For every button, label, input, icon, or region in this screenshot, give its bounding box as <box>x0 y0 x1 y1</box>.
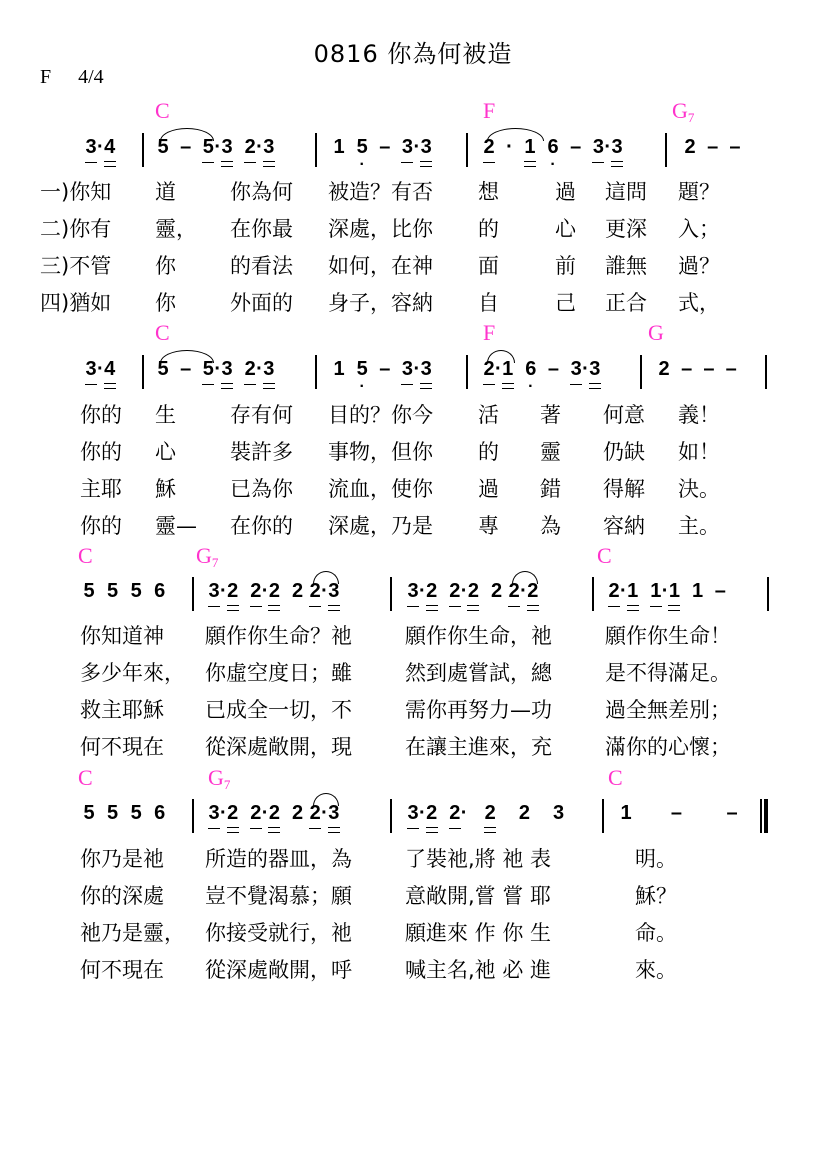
measure: 2·1 1·1 1 – <box>608 580 726 603</box>
chord-g: G <box>648 320 664 346</box>
measure: 1 5 – 3·3 <box>333 136 432 159</box>
barline <box>192 799 194 833</box>
barline <box>390 799 392 833</box>
barline <box>315 355 317 389</box>
music-line-4: 5 5 5 6 <box>83 802 166 825</box>
barline <box>665 133 667 167</box>
measure: 3·2 2·2 2 2·3 <box>208 580 340 603</box>
chord-g7: G7 <box>196 543 218 571</box>
chord-c: C <box>597 543 612 569</box>
chord-g7: G7 <box>672 98 694 126</box>
barline <box>640 355 642 389</box>
measure: 2 · 1 6 – 3·3 <box>483 136 623 159</box>
barline <box>602 799 604 833</box>
barline <box>765 355 767 389</box>
barline <box>466 133 468 167</box>
barline <box>142 133 144 167</box>
measure: 1 – – <box>620 802 738 825</box>
barline <box>466 355 468 389</box>
measure: 3·2 2·2 2 2·3 <box>208 802 340 825</box>
chord-f: F <box>483 320 495 346</box>
measure: 2 – – – <box>658 358 737 381</box>
chord-f: F <box>483 98 495 124</box>
chord-c: C <box>78 765 93 791</box>
measure: 5 – 5·3 2·3 <box>157 358 275 381</box>
measure: 1 5 – 3·3 <box>333 358 432 381</box>
chord-c: C <box>78 543 93 569</box>
barline <box>192 577 194 611</box>
barline <box>142 355 144 389</box>
final-barline-thin <box>760 799 762 833</box>
time-signature: 4/4 <box>78 66 104 88</box>
chord-c: C <box>608 765 623 791</box>
music-line-1: 3·4 <box>85 136 116 159</box>
barline <box>315 133 317 167</box>
song-title: 0816 你為何被造 <box>0 34 826 69</box>
music-line-2: 3·4 <box>85 358 116 381</box>
measure: 3·2 2·2 2 2·2 <box>407 580 539 603</box>
barline <box>767 577 769 611</box>
final-barline-thick <box>764 799 768 833</box>
music-line-3: 5 5 5 6 <box>83 580 166 603</box>
chord-c: C <box>155 98 170 124</box>
barline <box>592 577 594 611</box>
measure: 3·2 2· 2 2 3 <box>407 802 565 825</box>
measure: 2 – – <box>684 136 740 159</box>
song-meta: F 4/4 <box>40 66 126 89</box>
measure: 2·1 6 – 3·3 <box>483 358 601 381</box>
chord-c: C <box>155 320 170 346</box>
chord-g7: G7 <box>208 765 230 793</box>
measure: 5 – 5·3 2·3 <box>157 136 275 159</box>
barline <box>390 577 392 611</box>
key-signature: F <box>40 66 51 88</box>
